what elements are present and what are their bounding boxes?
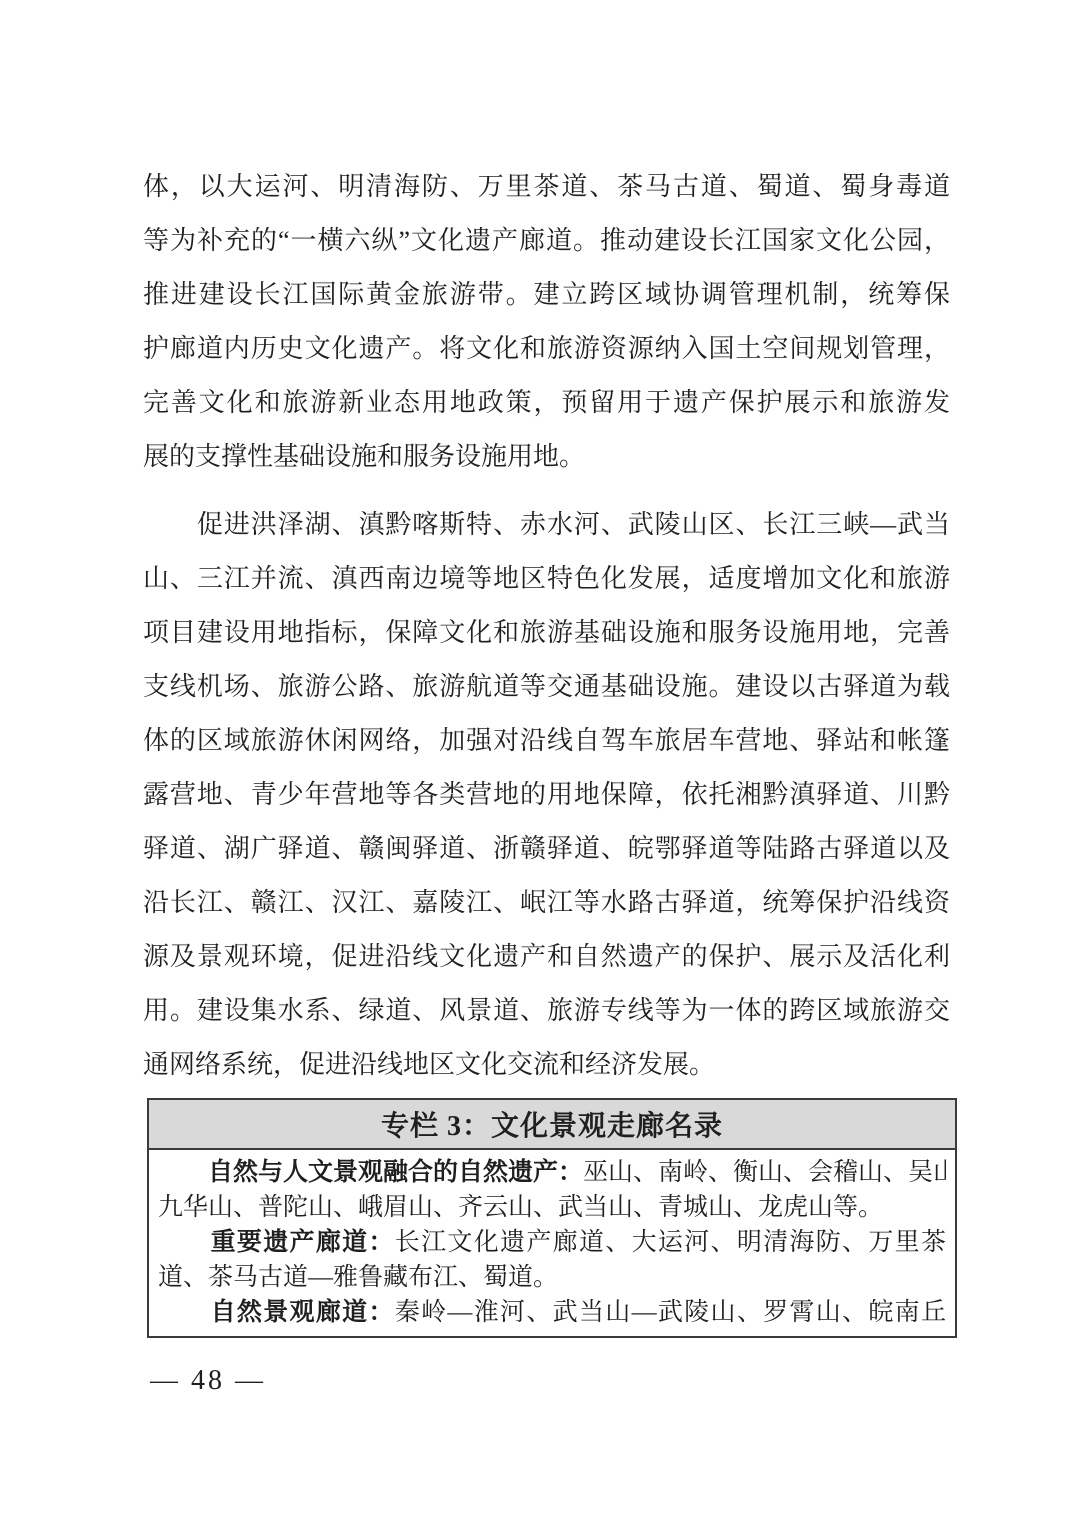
text-line: 露营地、青少年营地等各类营地的用地保障，依托湘黔滇驿道、川黔 — [143, 768, 950, 822]
text-line: 驿道、湖广驿道、赣闽驿道、浙赣驿道、皖鄂驿道等陆路古驿道以及 — [143, 822, 950, 876]
text-line: 项目建设用地指标，保障文化和旅游基础设施和服务设施用地，完善 — [143, 606, 950, 660]
text-line: 支线机场、旅游公路、旅游航道等交通基础设施。建设以古驿道为载 — [143, 660, 950, 714]
panel-paragraph: 重要遗产廊道：长江文化遗产廊道、大运河、明清海防、万里茶道、茶马古道—雅鲁藏布江… — [158, 1225, 946, 1295]
text-segment: 九华山、普陀山、峨眉山、齐云山、武当山、青城山、龙虎山等。 — [158, 1194, 883, 1221]
text-line: 等为补充的“一横六纵”文化遗产廊道。推动建设长江国家文化公园， — [143, 214, 950, 268]
paragraph: 体，以大运河、明清海防、万里茶道、茶马古道、蜀道、蜀身毒道等为补充的“一横六纵”… — [143, 160, 950, 484]
text-line: 展的支撑性基础设施和服务设施用地。 — [143, 430, 950, 484]
text-line: 九华山、普陀山、峨眉山、齐云山、武当山、青城山、龙虎山等。 — [158, 1190, 946, 1225]
text-line: 推进建设长江国际黄金旅游带。建立跨区域协调管理机制，统筹保 — [143, 268, 950, 322]
paragraph: 促进洪泽湖、滇黔喀斯特、赤水河、武陵山区、长江三峡—武当山、三江并流、滇西南边境… — [143, 498, 950, 1092]
text-line: 护廊道内历史文化遗产。将文化和旅游资源纳入国土空间规划管理， — [143, 322, 950, 376]
panel-paragraph: 自然景观廊道：秦岭—淮河、武当山—武陵山、罗霄山、皖南丘 — [158, 1295, 946, 1330]
text-line: 促进洪泽湖、滇黔喀斯特、赤水河、武陵山区、长江三峡—武当 — [143, 498, 950, 552]
category-label: 重要遗产廊道： — [158, 1229, 395, 1256]
body-text-column: 体，以大运河、明清海防、万里茶道、茶马古道、蜀道、蜀身毒道等为补充的“一横六纵”… — [143, 160, 950, 1092]
text-line: 重要遗产廊道：长江文化遗产廊道、大运河、明清海防、万里茶 — [158, 1225, 946, 1260]
text-line: 体的区域旅游休闲网络，加强对沿线自驾车旅居车营地、驿站和帐篷 — [143, 714, 950, 768]
text-line: 山、三江并流、滇西南边境等地区特色化发展，适度增加文化和旅游 — [143, 552, 950, 606]
text-segment: 道、茶马古道—雅鲁藏布江、蜀道。 — [158, 1264, 558, 1291]
panel-paragraph: 自然与人文景观融合的自然遗产：巫山、南岭、衡山、会稽山、吴山、九华山、普陀山、峨… — [158, 1155, 946, 1225]
text-line: 道、茶马古道—雅鲁藏布江、蜀道。 — [158, 1260, 946, 1295]
text-segment: 巫山、南岭、衡山、会稽山、吴山、 — [583, 1159, 946, 1186]
text-line: 自然与人文景观融合的自然遗产：巫山、南岭、衡山、会稽山、吴山、 — [158, 1155, 946, 1190]
text-segment: 长江文化遗产廊道、大运河、明清海防、万里茶 — [395, 1229, 946, 1256]
text-segment: 秦岭—淮河、武当山—武陵山、罗霄山、皖南丘 — [395, 1299, 946, 1326]
category-label: 自然与人文景观融合的自然遗产： — [158, 1159, 583, 1186]
text-line: 完善文化和旅游新业态用地政策，预留用于遗产保护展示和旅游发 — [143, 376, 950, 430]
page-number: — 48 — — [150, 1365, 266, 1397]
column-3-panel: 专栏 3：文化景观走廊名录 自然与人文景观融合的自然遗产：巫山、南岭、衡山、会稽… — [147, 1098, 957, 1338]
panel-title: 专栏 3：文化景观走廊名录 — [381, 1104, 723, 1144]
text-line: 源及景观环境，促进沿线文化遗产和自然遗产的保护、展示及活化利 — [143, 930, 950, 984]
panel-body: 自然与人文景观融合的自然遗产：巫山、南岭、衡山、会稽山、吴山、九华山、普陀山、峨… — [149, 1150, 955, 1336]
text-line: 体，以大运河、明清海防、万里茶道、茶马古道、蜀道、蜀身毒道 — [143, 160, 950, 214]
text-line: 沿长江、赣江、汉江、嘉陵江、岷江等水路古驿道，统筹保护沿线资 — [143, 876, 950, 930]
text-line: 自然景观廊道：秦岭—淮河、武当山—武陵山、罗霄山、皖南丘 — [158, 1295, 946, 1330]
text-line: 通网络系统，促进沿线地区文化交流和经济发展。 — [143, 1038, 950, 1092]
text-line: 用。建设集水系、绿道、风景道、旅游专线等为一体的跨区域旅游交 — [143, 984, 950, 1038]
category-label: 自然景观廊道： — [158, 1299, 395, 1326]
panel-title-bar: 专栏 3：文化景观走廊名录 — [149, 1100, 955, 1150]
document-page: 体，以大运河、明清海防、万里茶道、茶马古道、蜀道、蜀身毒道等为补充的“一横六纵”… — [0, 0, 1080, 1527]
